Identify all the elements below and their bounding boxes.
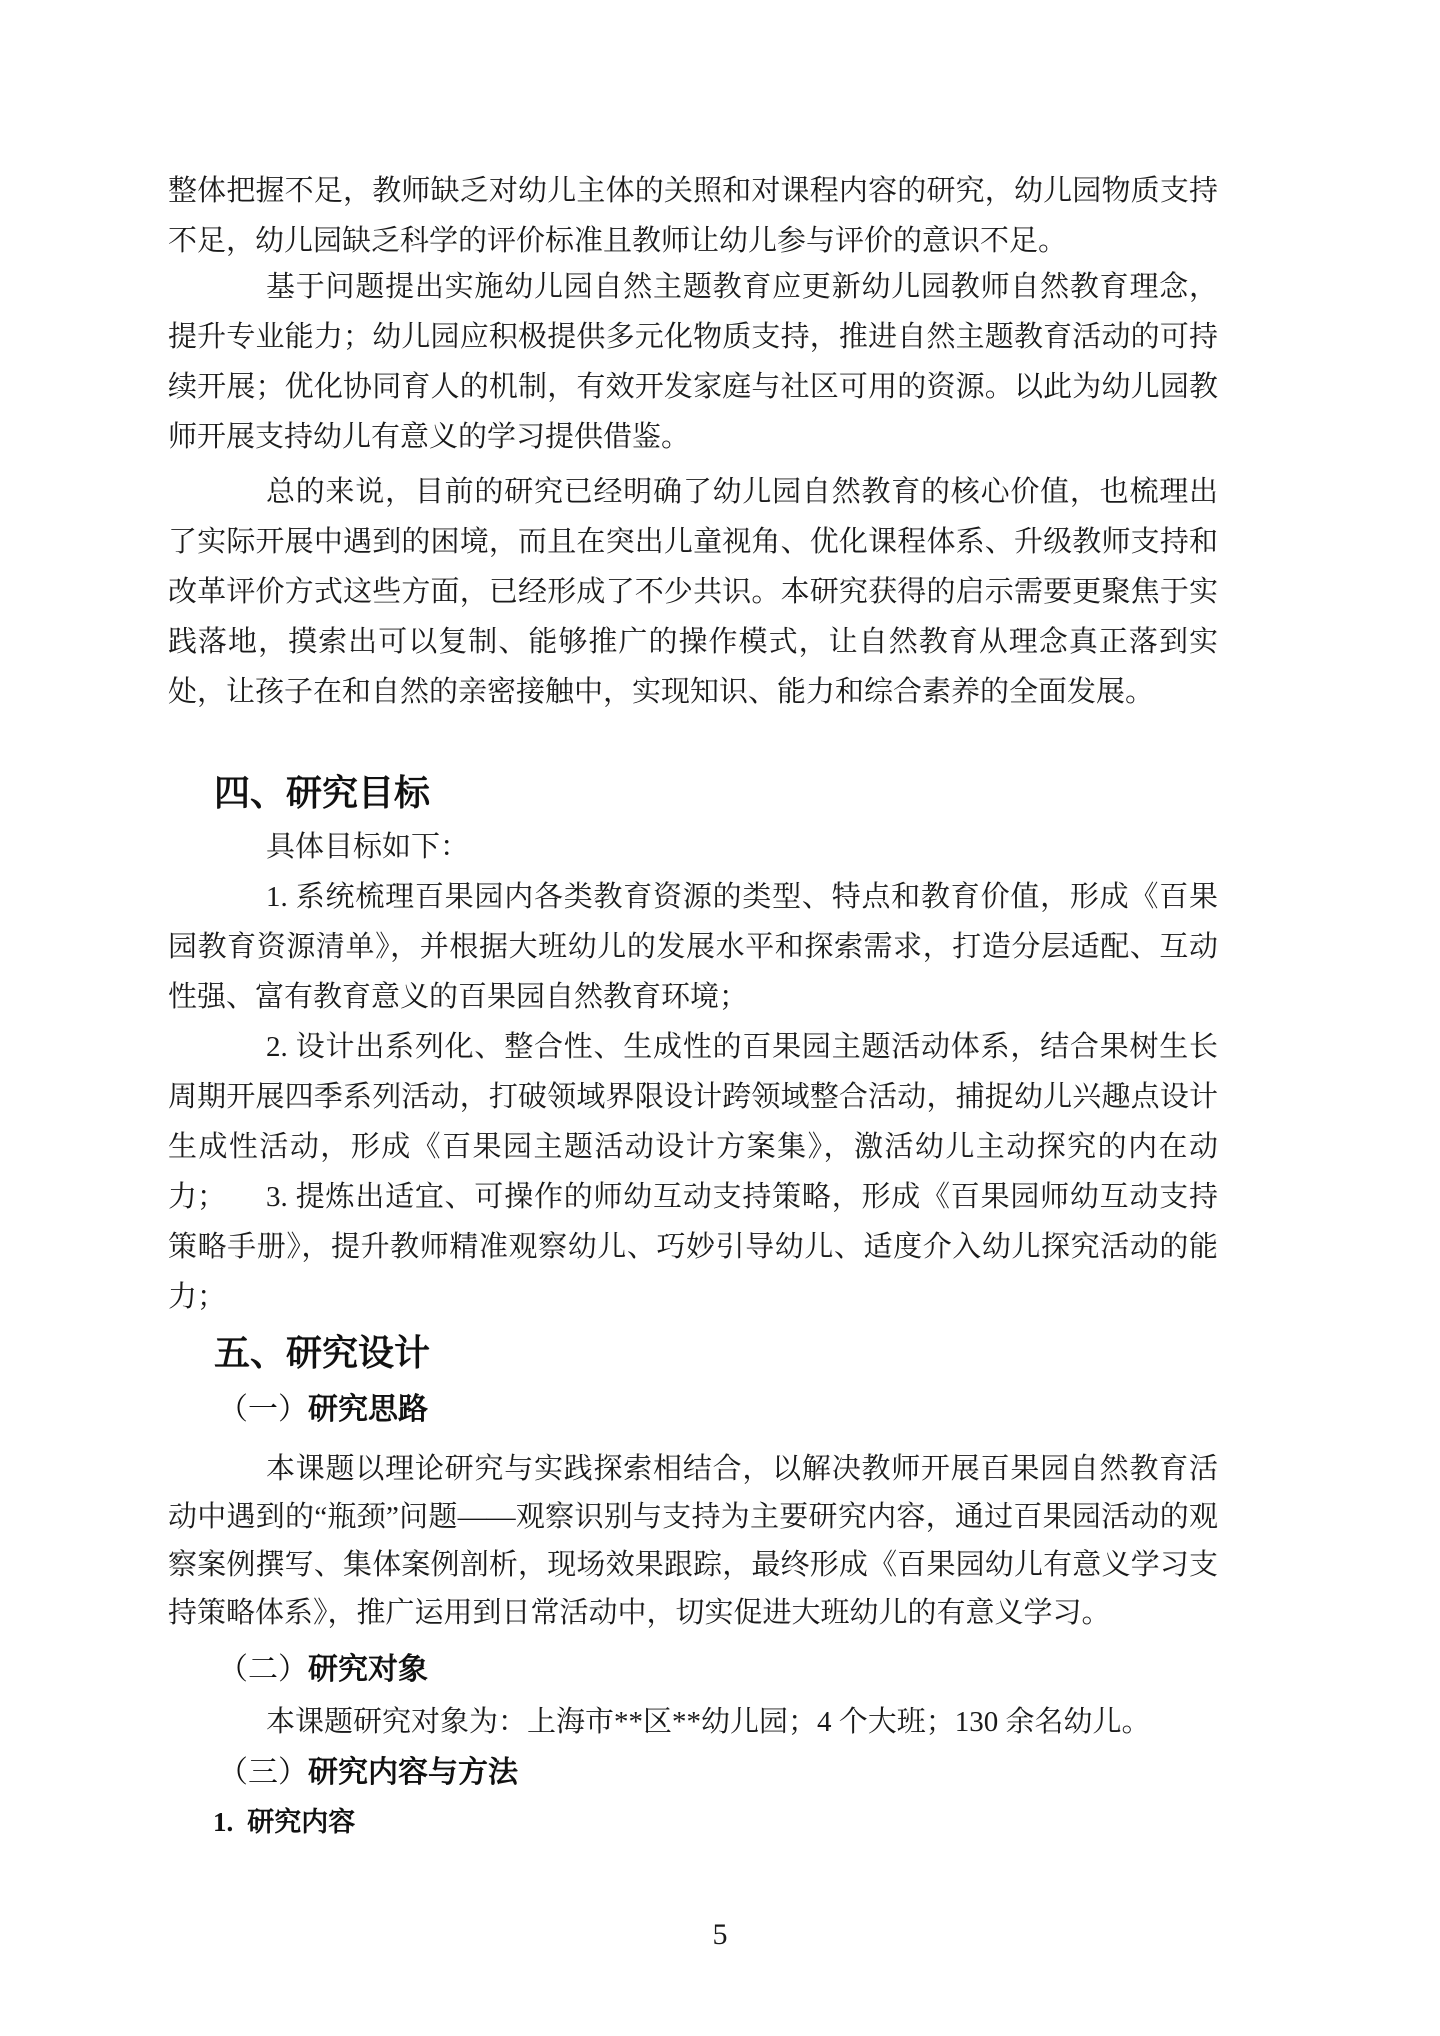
heading-research-goals: 四、研究目标	[214, 771, 430, 815]
list-paragraph: 3. 提炼出适宜、可操作的师幼互动支持策略，形成《百果园师幼互动支持策略手册》，…	[168, 1172, 1218, 1322]
paragraph: 整体把握不足，教师缺乏对幼儿主体的关照和对课程内容的研究，幼儿园物质支持不足，幼…	[168, 166, 1218, 266]
subsubheading-title: 研究内容	[247, 1807, 355, 1837]
page-number: 5	[0, 1918, 1440, 1952]
paragraph: 总的来说，目前的研究已经明确了幼儿园自然教育的核心价值，也梳理出了实际开展中遇到…	[168, 467, 1218, 717]
heading-research-design: 五、研究设计	[214, 1331, 430, 1375]
list-paragraph: 1. 系统梳理百果园内各类教育资源的类型、特点和教育价值，形成《百果园教育资源清…	[168, 872, 1218, 1022]
document-page: 整体把握不足，教师缺乏对幼儿主体的关照和对课程内容的研究，幼儿园物质支持不足，幼…	[0, 0, 1440, 2036]
subheading-research-subjects: （二）研究对象	[218, 1650, 428, 1690]
subheading-research-content-methods: （三）研究内容与方法	[218, 1753, 518, 1793]
subheading-title: 研究思路	[308, 1393, 428, 1426]
paragraph: 本课题以理论研究与实践探索相结合，以解决教师开展百果园自然教育活动中遇到的“瓶颈…	[168, 1445, 1218, 1637]
subheading-number: （二）	[218, 1653, 308, 1686]
paragraph: 本课题研究对象为：上海市**区**幼儿园；4 个大班；130 余名幼儿。	[168, 1697, 1218, 1747]
document-content: 整体把握不足，教师缺乏对幼儿主体的关照和对课程内容的研究，幼儿园物质支持不足，幼…	[168, 0, 1218, 2036]
subheading-number: （三）	[218, 1756, 308, 1789]
subheading-title: 研究内容与方法	[308, 1756, 518, 1789]
subsubheading-research-content: 1.研究内容	[213, 1804, 355, 1840]
subheading-research-approach: （一）研究思路	[218, 1390, 428, 1430]
subheading-title: 研究对象	[308, 1653, 428, 1686]
subheading-number: （一）	[218, 1393, 308, 1426]
paragraph: 基于问题提出实施幼儿园自然主题教育应更新幼儿园教师自然教育理念，提升专业能力；幼…	[168, 262, 1218, 462]
subsubheading-number: 1.	[213, 1807, 233, 1837]
paragraph: 具体目标如下：	[168, 822, 1218, 872]
